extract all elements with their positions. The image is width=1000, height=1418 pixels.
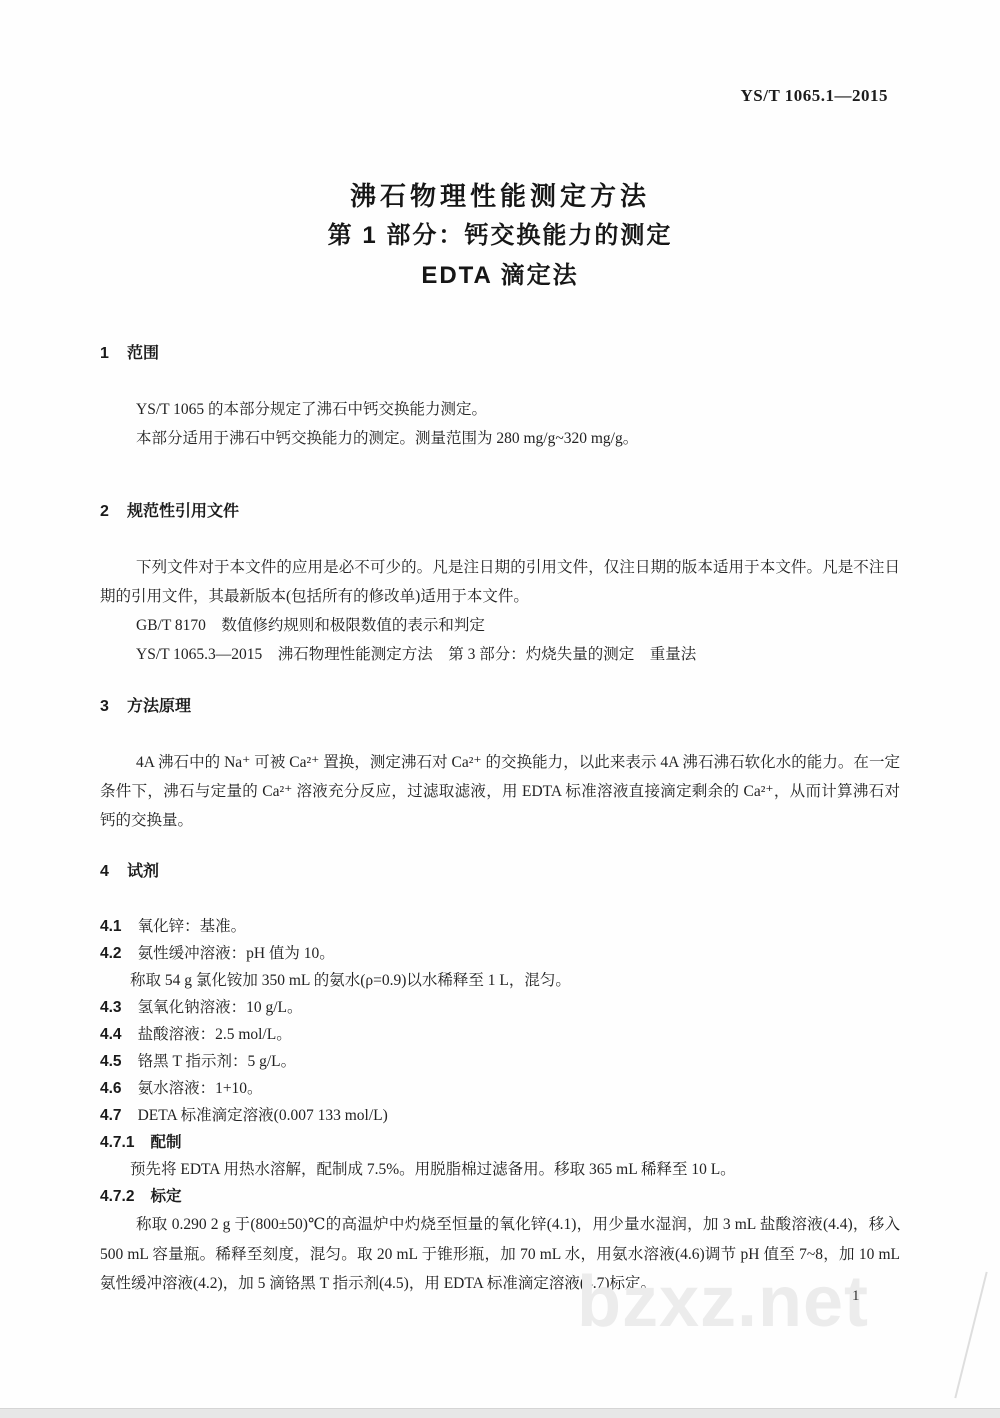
clause-title: 配制 bbox=[150, 1134, 181, 1151]
clause-text: 氧化锌：基准。 bbox=[138, 918, 247, 935]
clause-4-3: 4.3氢氧化钠溶液：10 g/L。 bbox=[100, 994, 900, 1021]
section-3-number: 3 bbox=[100, 696, 127, 718]
clause-number: 4.3 bbox=[100, 999, 122, 1016]
clause-text: 氨水溶液：1+10。 bbox=[138, 1080, 263, 1097]
paragraph: 下列文件对于本文件的应用是必不可少的。凡是注日期的引用文件，仅注日期的版本适用于… bbox=[100, 553, 900, 611]
section-4-heading: 4试剂 bbox=[100, 861, 900, 883]
clause-4-5: 4.5铬黑 T 指示剂：5 g/L。 bbox=[100, 1048, 900, 1075]
section-2-heading: 2规范性引用文件 bbox=[100, 501, 900, 523]
clause-4-7: 4.7DETA 标准滴定溶液(0.007 133 mol/L) bbox=[100, 1102, 900, 1129]
title-line-3: EDTA 滴定法 bbox=[100, 256, 900, 296]
scan-bottom-edge bbox=[0, 1408, 1000, 1418]
document-page: YS/T 1065.1—2015 沸石物理性能测定方法 第 1 部分：钙交换能力… bbox=[0, 0, 1000, 1418]
section-1-heading: 1范围 bbox=[100, 343, 900, 365]
clause-number: 4.2 bbox=[100, 945, 122, 962]
clause-text: 氨性缓冲溶液：pH 值为 10。 bbox=[138, 945, 335, 962]
standard-number: YS/T 1065.1—2015 bbox=[100, 86, 900, 106]
section-4-title: 试剂 bbox=[127, 863, 159, 880]
normative-reference: YS/T 1065.3—2015 沸石物理性能测定方法 第 3 部分：灼烧失量的… bbox=[100, 640, 900, 669]
clause-text: 盐酸溶液：2.5 mol/L。 bbox=[138, 1026, 292, 1043]
clause-4-7-2: 4.7.2标定 bbox=[100, 1183, 900, 1210]
clause-number: 4.7.1 bbox=[100, 1134, 134, 1151]
normative-reference: GB/T 8170 数值修约规则和极限数值的表示和判定 bbox=[100, 611, 900, 640]
paragraph: 本部分适用于沸石中钙交换能力的测定。测量范围为 280 mg/g~320 mg/… bbox=[100, 424, 900, 453]
clause-number: 4.7.2 bbox=[100, 1188, 134, 1205]
paragraph: 4A 沸石中的 Na⁺ 可被 Ca²⁺ 置换，测定沸石对 Ca²⁺ 的交换能力，… bbox=[100, 748, 900, 835]
section-2-number: 2 bbox=[100, 501, 127, 523]
clause-4-4: 4.4盐酸溶液：2.5 mol/L。 bbox=[100, 1021, 900, 1048]
section-4-number: 4 bbox=[100, 861, 127, 883]
clause-4-1: 4.1氧化锌：基准。 bbox=[100, 913, 900, 940]
clause-4-7-1: 4.7.1配制 bbox=[100, 1129, 900, 1156]
section-2-title: 规范性引用文件 bbox=[127, 503, 239, 520]
clause-4-6: 4.6氨水溶液：1+10。 bbox=[100, 1075, 900, 1102]
document-title: 沸石物理性能测定方法 第 1 部分：钙交换能力的测定 EDTA 滴定法 bbox=[100, 176, 900, 296]
section-1-number: 1 bbox=[100, 343, 127, 365]
page-number: 1 bbox=[852, 1288, 860, 1305]
clause-text: DETA 标准滴定溶液(0.007 133 mol/L) bbox=[138, 1107, 388, 1124]
clause-number: 4.5 bbox=[100, 1053, 122, 1070]
clause-number: 4.6 bbox=[100, 1080, 122, 1097]
clause-text: 氢氧化钠溶液：10 g/L。 bbox=[138, 999, 303, 1016]
clause-number: 4.4 bbox=[100, 1026, 122, 1043]
section-1-title: 范围 bbox=[127, 345, 159, 362]
clause-number: 4.7 bbox=[100, 1107, 122, 1124]
section-3-heading: 3方法原理 bbox=[100, 696, 900, 718]
title-line-1: 沸石物理性能测定方法 bbox=[100, 176, 900, 216]
paragraph: 称取 54 g 氯化铵加 350 mL 的氨水(ρ=0.9)以水稀释至 1 L，… bbox=[100, 967, 900, 994]
title-line-2: 第 1 部分：钙交换能力的测定 bbox=[100, 216, 900, 256]
section-3-title: 方法原理 bbox=[127, 698, 191, 715]
site-watermark: bzxz.net bbox=[577, 1266, 927, 1338]
paragraph: YS/T 1065 的本部分规定了沸石中钙交换能力测定。 bbox=[100, 395, 900, 424]
clause-number: 4.1 bbox=[100, 918, 122, 935]
paragraph: 预先将 EDTA 用热水溶解，配制成 7.5%。用脱脂棉过滤备用。移取 365 … bbox=[100, 1156, 900, 1183]
clause-title: 标定 bbox=[150, 1188, 181, 1205]
page-content: YS/T 1065.1—2015 沸石物理性能测定方法 第 1 部分：钙交换能力… bbox=[0, 0, 1000, 1418]
clause-4-2: 4.2氨性缓冲溶液：pH 值为 10。 bbox=[100, 940, 900, 967]
clause-text: 铬黑 T 指示剂：5 g/L。 bbox=[138, 1053, 297, 1070]
